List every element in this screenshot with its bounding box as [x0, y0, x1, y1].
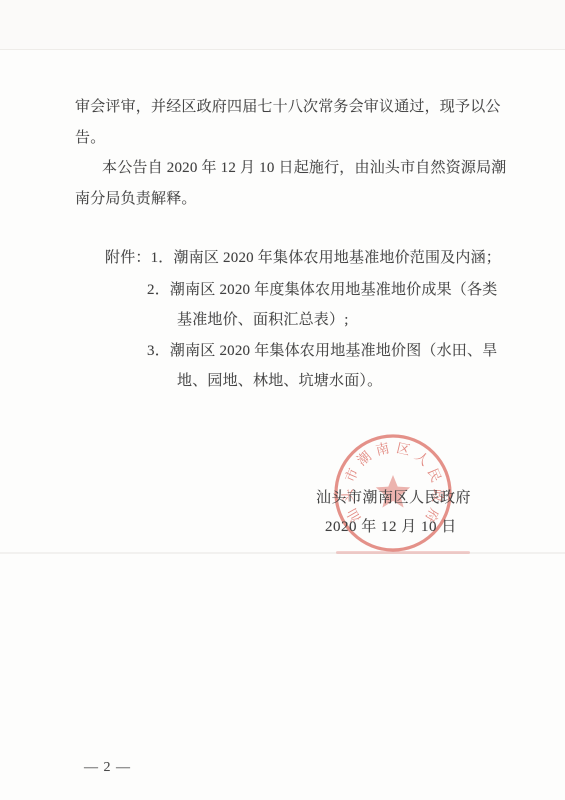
svg-text:民: 民	[425, 466, 444, 484]
body-paragraph-line: 南分局负责解释。	[75, 191, 197, 208]
document-page: 审会评审，并经区政府四届七十八次常务会审议通过，现予以公 告。 本公告自 202…	[0, 0, 565, 800]
svg-text:南: 南	[374, 439, 391, 458]
body-paragraph-line: 告。	[75, 130, 105, 147]
scan-artifact-top-band	[0, 0, 565, 50]
body-paragraph-line: 审会评审，并经区政府四届七十八次常务会审议通过，现予以公	[75, 99, 501, 116]
attachment-line: 2．潮南区 2020 年度集体农用地基准地价成果（各类	[147, 282, 497, 299]
attachment-line: 3．潮南区 2020 年集体农用地基准地价图（水田、旱	[147, 343, 497, 360]
svg-text:区: 区	[395, 440, 412, 458]
signature-issuer: 汕头市潮南区人民政府	[316, 490, 471, 507]
page-number: — 2 —	[84, 759, 131, 776]
attachment-line: 地、园地、林地、坑塘水面）。	[177, 373, 382, 390]
body-paragraph-line: 本公告自 2020 年 12 月 10 日起施行，由汕头市自然资源局潮	[102, 160, 507, 177]
attachment-line: 附件：1．潮南区 2020 年集体农用地基准地价范围及内涵；	[105, 250, 501, 267]
attachment-line: 基准地价、面积汇总表）;	[177, 312, 349, 329]
svg-text:市: 市	[342, 466, 361, 484]
signature-date: 2020 年 12 月 10 日	[325, 519, 457, 536]
scan-artifact-line	[0, 552, 565, 554]
svg-text:人: 人	[412, 448, 432, 468]
